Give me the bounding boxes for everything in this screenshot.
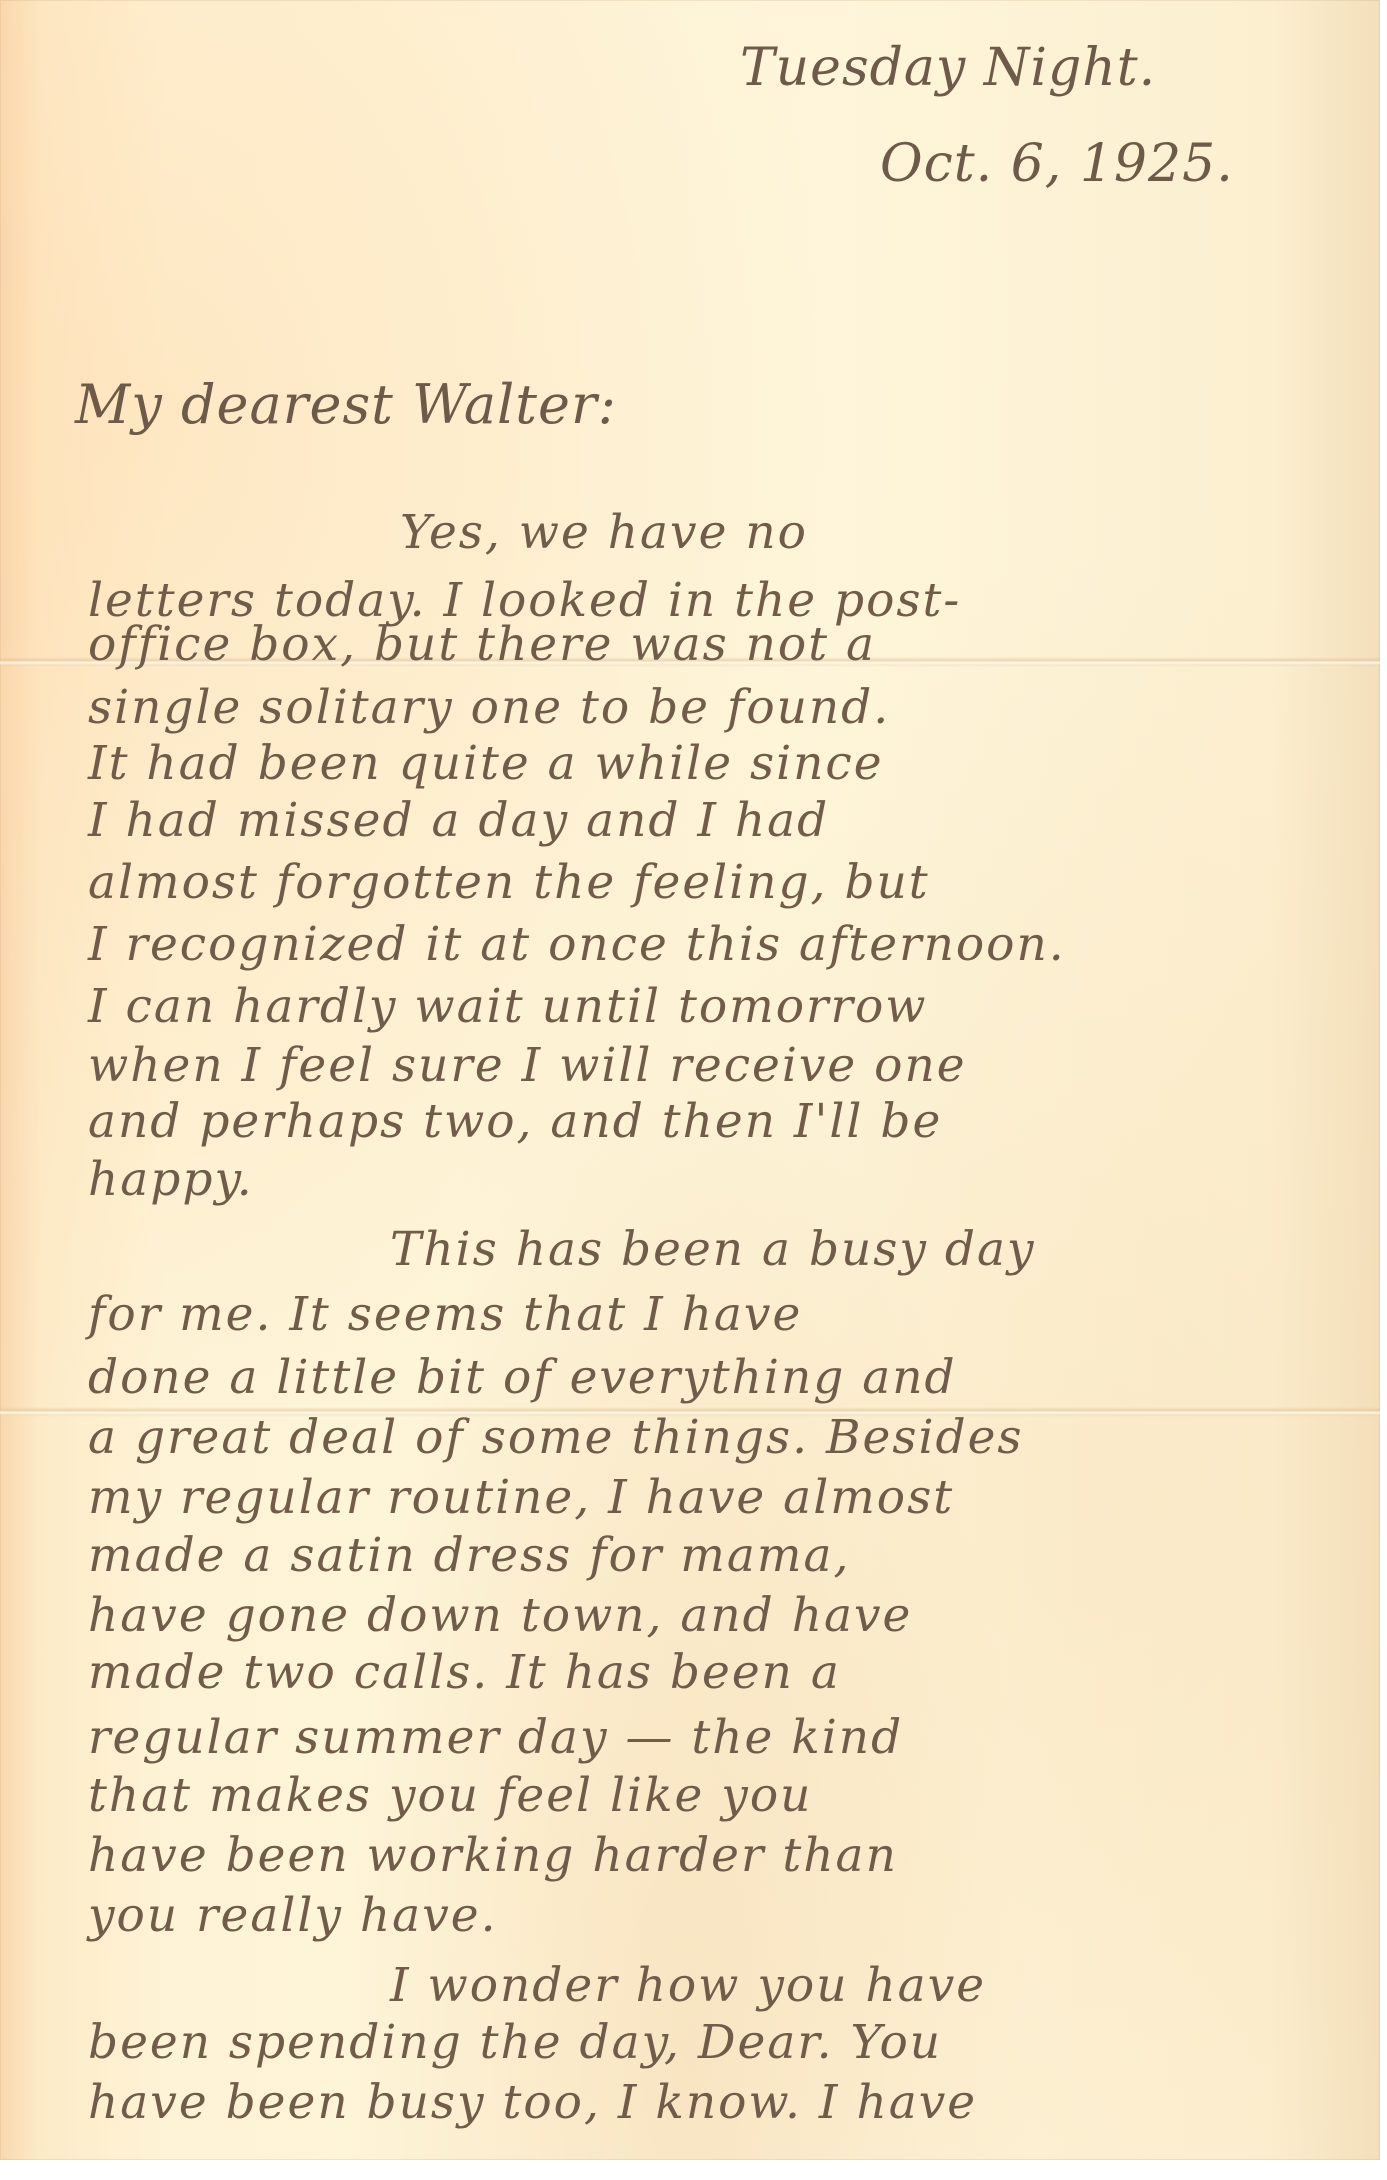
- letter-page: Tuesday Night. Oct. 6, 1925. My dearest …: [0, 0, 1380, 2160]
- letter-line: almost forgotten the feeling, but: [88, 855, 930, 910]
- letter-line: been spending the day, Dear. You: [88, 2015, 942, 2070]
- letter-line: and perhaps two, and then I'll be: [88, 1094, 942, 1149]
- letter-line: I recognized it at once this afternoon.: [88, 917, 1066, 972]
- letter-line: It had been quite a while since: [88, 736, 884, 791]
- letter-line: have gone down town, and have: [88, 1588, 912, 1643]
- letter-line: when I feel sure I will receive one: [88, 1038, 967, 1093]
- letter-line: This has been a busy day: [390, 1222, 1036, 1277]
- letter-salutation: My dearest Walter:: [75, 378, 617, 432]
- letter-line: I had missed a day and I had: [88, 793, 829, 848]
- letter-line: done a little bit of everything and: [88, 1350, 957, 1405]
- letter-line: have been busy too, I know. I have: [88, 2075, 977, 2130]
- letter-line: made two calls. It has been a: [88, 1645, 841, 1700]
- letter-line: you really have.: [88, 1888, 498, 1943]
- letter-day-heading: Tuesday Night.: [740, 42, 1156, 94]
- letter-line: I wonder how you have: [390, 1958, 986, 2013]
- letter-line: Yes, we have no: [400, 505, 808, 560]
- letter-line: office box, but there was not a: [88, 617, 876, 672]
- letter-date: Oct. 6, 1925.: [880, 138, 1234, 190]
- letter-line: happy.: [88, 1152, 254, 1207]
- letter-line: made a satin dress for mama,: [88, 1528, 850, 1583]
- letter-line: I can hardly wait until tomorrow: [88, 979, 927, 1034]
- letter-line: a great deal of some things. Besides: [88, 1410, 1024, 1465]
- letter-line: my regular routine, I have almost: [88, 1470, 954, 1525]
- letter-line: that makes you feel like you: [88, 1768, 812, 1823]
- letter-line: have been working harder than: [88, 1828, 898, 1883]
- letter-line: regular summer day — the kind: [88, 1710, 903, 1765]
- letter-line: single solitary one to be found.: [88, 680, 890, 735]
- letter-line: for me. It seems that I have: [88, 1287, 802, 1342]
